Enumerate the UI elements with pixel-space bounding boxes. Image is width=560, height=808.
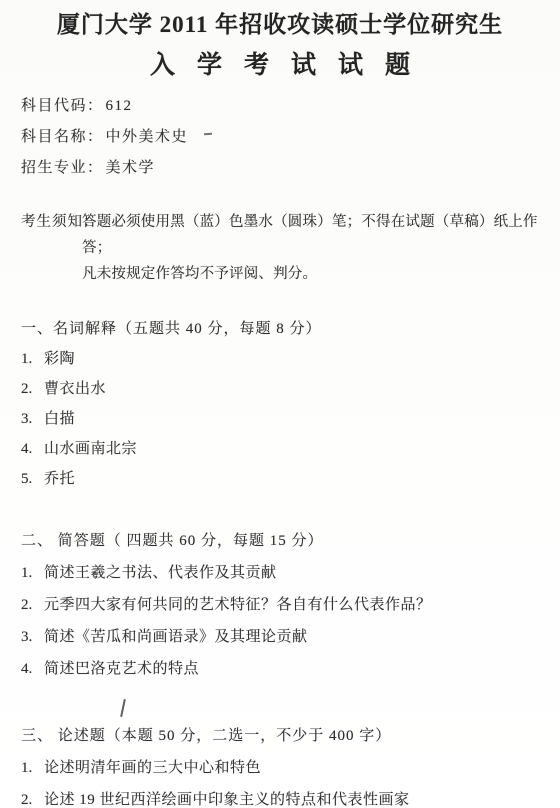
scan-artifact-stroke (120, 699, 126, 717)
question-item: 2. 元季四大家有何共同的艺术特征？各自有什么代表作品？ (21, 596, 560, 615)
question-number: 1. (21, 759, 44, 778)
question-item: 5. 乔托 (21, 470, 560, 489)
meta-row-subject-code: 科目代码：612 (21, 98, 560, 114)
subject-name-label: 科目名称： (21, 129, 104, 145)
question-text: 乔托 (44, 470, 75, 489)
notice-text-line1: 答题必须使用黑（蓝）色墨水（圆珠）笔；不得在试题（草稿）纸上作答； (82, 209, 560, 261)
question-item: 1. 彩陶 (21, 350, 560, 369)
exam-title: 厦门大学 2011 年招收攻读硕士学位研究生 (0, 0, 560, 40)
question-number: 3. (21, 628, 44, 647)
question-number: 3. (21, 410, 44, 429)
exam-paper-page: 厦门大学 2011 年招收攻读硕士学位研究生 入学考试试题 科目代码：612 科… (0, 0, 560, 808)
question-item: 4. 山水画南北宗 (21, 440, 560, 459)
question-item: 1. 论述明清年画的三大中心和特色 (21, 759, 560, 778)
question-number: 2. (21, 791, 44, 808)
subject-code-label: 科目代码： (21, 98, 104, 114)
section-essay: 三、 论述题（本题 50 分，二选一，不少于 400 字） 1. 论述明清年画的… (21, 726, 560, 808)
notice-text-line2: 凡未按规定作答均不予评阅、判分。 (82, 261, 560, 287)
question-text: 元季四大家有何共同的艺术特征？各自有什么代表作品？ (44, 596, 432, 615)
question-item: 3. 简述《苦瓜和尚画语录》及其理论贡献 (21, 628, 560, 647)
question-text: 白描 (44, 410, 75, 429)
exam-subtitle: 入学考试试题 (0, 50, 560, 82)
section-heading: 一、名词解释（五题共 40 分，每题 8 分） (21, 319, 560, 339)
question-text: 论述明清年画的三大中心和特色 (44, 759, 261, 778)
question-item: 2. 论述 19 世纪西洋绘画中印象主义的特点和代表性画家 (21, 791, 560, 808)
question-text: 简述王羲之书法、代表作及其贡献 (44, 564, 277, 583)
major-value: 美术学 (106, 160, 156, 176)
notice-label: 考生须知： (21, 209, 99, 235)
question-number: 1. (21, 564, 44, 583)
section-short-answer: 二、 简答题（ 四题共 60 分，每题 15 分） 1. 简述王羲之书法、代表作… (21, 531, 560, 679)
section-term-explanation: 一、名词解释（五题共 40 分，每题 8 分） 1. 彩陶 2. 曹衣出水 3.… (21, 319, 560, 489)
subject-code-value: 612 (106, 98, 133, 114)
question-text: 曹衣出水 (44, 380, 106, 399)
candidate-notice: 考生须知： 答题必须使用黑（蓝）色墨水（圆珠）笔；不得在试题（草稿）纸上作答； … (21, 209, 560, 287)
subject-meta: 科目代码：612 科目名称：中外美术史 招生专业：美术学 (21, 98, 560, 176)
question-item: 4. 简述巴洛克艺术的特点 (21, 660, 560, 679)
question-text: 简述巴洛克艺术的特点 (44, 660, 199, 679)
question-item: 2. 曹衣出水 (21, 380, 560, 399)
question-number: 4. (21, 440, 44, 459)
question-number: 5. (21, 470, 44, 489)
question-text: 彩陶 (44, 350, 75, 369)
meta-row-major: 招生专业：美术学 (21, 160, 560, 176)
section-heading: 二、 简答题（ 四题共 60 分，每题 15 分） (21, 531, 560, 551)
question-number: 4. (21, 660, 44, 679)
question-number: 2. (21, 380, 44, 399)
subject-name-value: 中外美术史 (106, 129, 189, 145)
section-heading: 三、 论述题（本题 50 分，二选一，不少于 400 字） (21, 726, 560, 746)
question-text: 论述 19 世纪西洋绘画中印象主义的特点和代表性画家 (44, 791, 410, 808)
question-number: 2. (21, 596, 44, 615)
question-text: 简述《苦瓜和尚画语录》及其理论贡献 (44, 628, 308, 647)
question-number: 1. (21, 350, 44, 369)
question-item: 1. 简述王羲之书法、代表作及其贡献 (21, 564, 560, 583)
major-label: 招生专业： (21, 160, 104, 176)
meta-row-subject-name: 科目名称：中外美术史 (21, 129, 560, 145)
question-text: 山水画南北宗 (44, 440, 137, 459)
question-item: 3. 白描 (21, 410, 560, 429)
